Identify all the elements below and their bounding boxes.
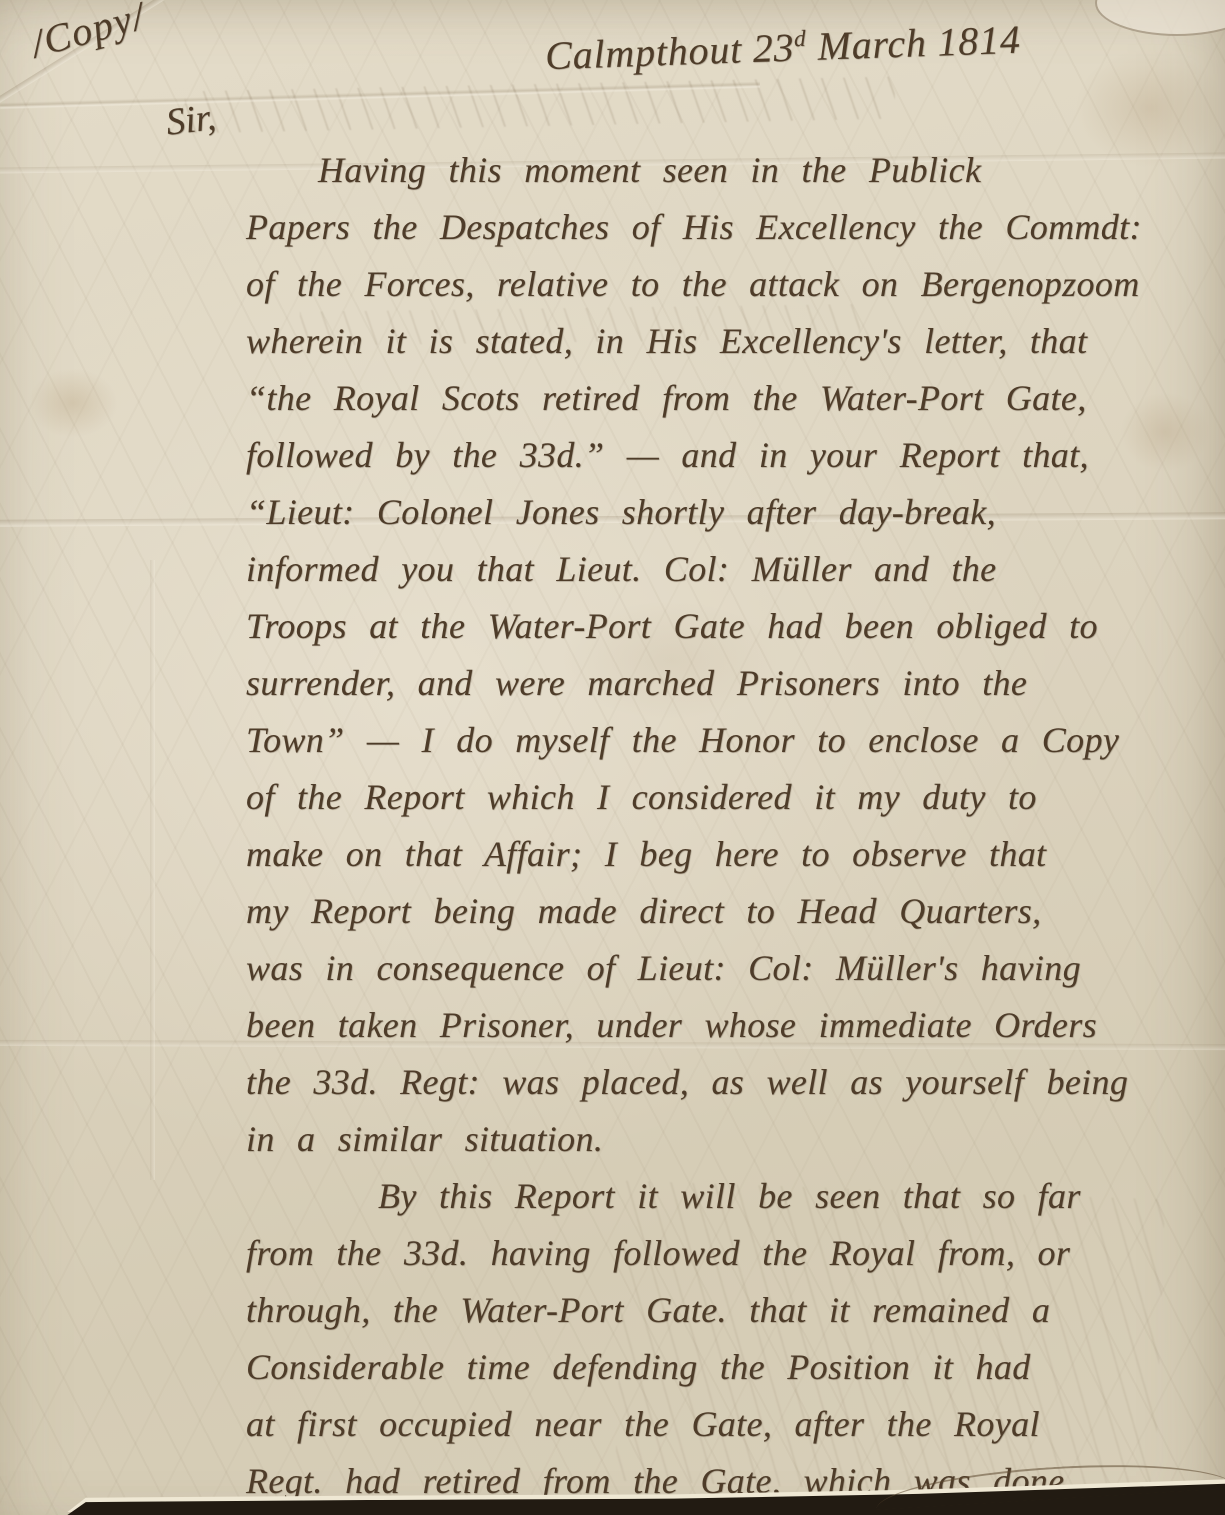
letter-line: at first occupied near the Gate, after t… <box>246 1396 1223 1453</box>
folded-corner <box>1095 0 1225 36</box>
crease-line <box>0 81 760 109</box>
salutation: Sir, <box>164 95 219 145</box>
letter-line: Considerable time defending the Position… <box>246 1339 1223 1396</box>
letter-line: Papers the Despatches of His Excellency … <box>246 199 1223 256</box>
letter-line: informed you that Lieut. Col: Müller and… <box>246 541 1223 598</box>
dateline-month-year: March 1814 <box>817 17 1022 69</box>
letter-line: make on that Affair; I beg here to obser… <box>246 826 1223 883</box>
letter-line: in a similar situation. <box>246 1111 1223 1168</box>
letter-line: of the Report which I considered it my d… <box>246 769 1223 826</box>
dateline-day-suffix: d <box>794 26 807 52</box>
letter-page: /Copy/ Calmpthout 23d March 1814 Sir, Ha… <box>0 0 1225 1515</box>
dateline: Calmpthout 23d March 1814 <box>544 16 1021 80</box>
letter-line: Having this moment seen in the Publick <box>246 142 1223 199</box>
paper-stain <box>28 368 118 438</box>
copy-mark: /Copy/ <box>26 0 150 67</box>
letter-body: Having this moment seen in the Publick P… <box>246 142 1223 1510</box>
letter-line: from the 33d. having followed the Royal … <box>246 1225 1223 1282</box>
letter-line: was in consequence of Lieut: Col: Müller… <box>246 940 1223 997</box>
dateline-place: Calmpthout <box>544 26 742 78</box>
letter-line: of the Forces, relative to the attack on… <box>246 256 1223 313</box>
letter-line: Troops at the Water-Port Gate had been o… <box>246 598 1223 655</box>
letter-line: been taken Prisoner, under whose immedia… <box>246 997 1223 1054</box>
letter-line: surrender, and were marched Prisoners in… <box>246 655 1223 712</box>
letter-line: “Lieut: Colonel Jones shortly after day-… <box>246 484 1223 541</box>
vertical-crease-line <box>150 560 155 1180</box>
letter-line: the 33d. Regt: was placed, as well as yo… <box>246 1054 1223 1111</box>
letter-line: wherein it is stated, in His Excellency'… <box>246 313 1223 370</box>
letter-line: followed by the 33d.” — and in your Repo… <box>246 427 1223 484</box>
letter-line: By this Report it will be seen that so f… <box>246 1168 1223 1225</box>
verso-showthrough-band <box>185 77 896 134</box>
letter-line: “the Royal Scots retired from the Water-… <box>246 370 1223 427</box>
letter-line: my Report being made direct to Head Quar… <box>246 883 1223 940</box>
dateline-day: 23 <box>752 25 795 71</box>
letter-line: Town” — I do myself the Honor to enclose… <box>246 712 1223 769</box>
letter-line: through, the Water-Port Gate. that it re… <box>246 1282 1223 1339</box>
